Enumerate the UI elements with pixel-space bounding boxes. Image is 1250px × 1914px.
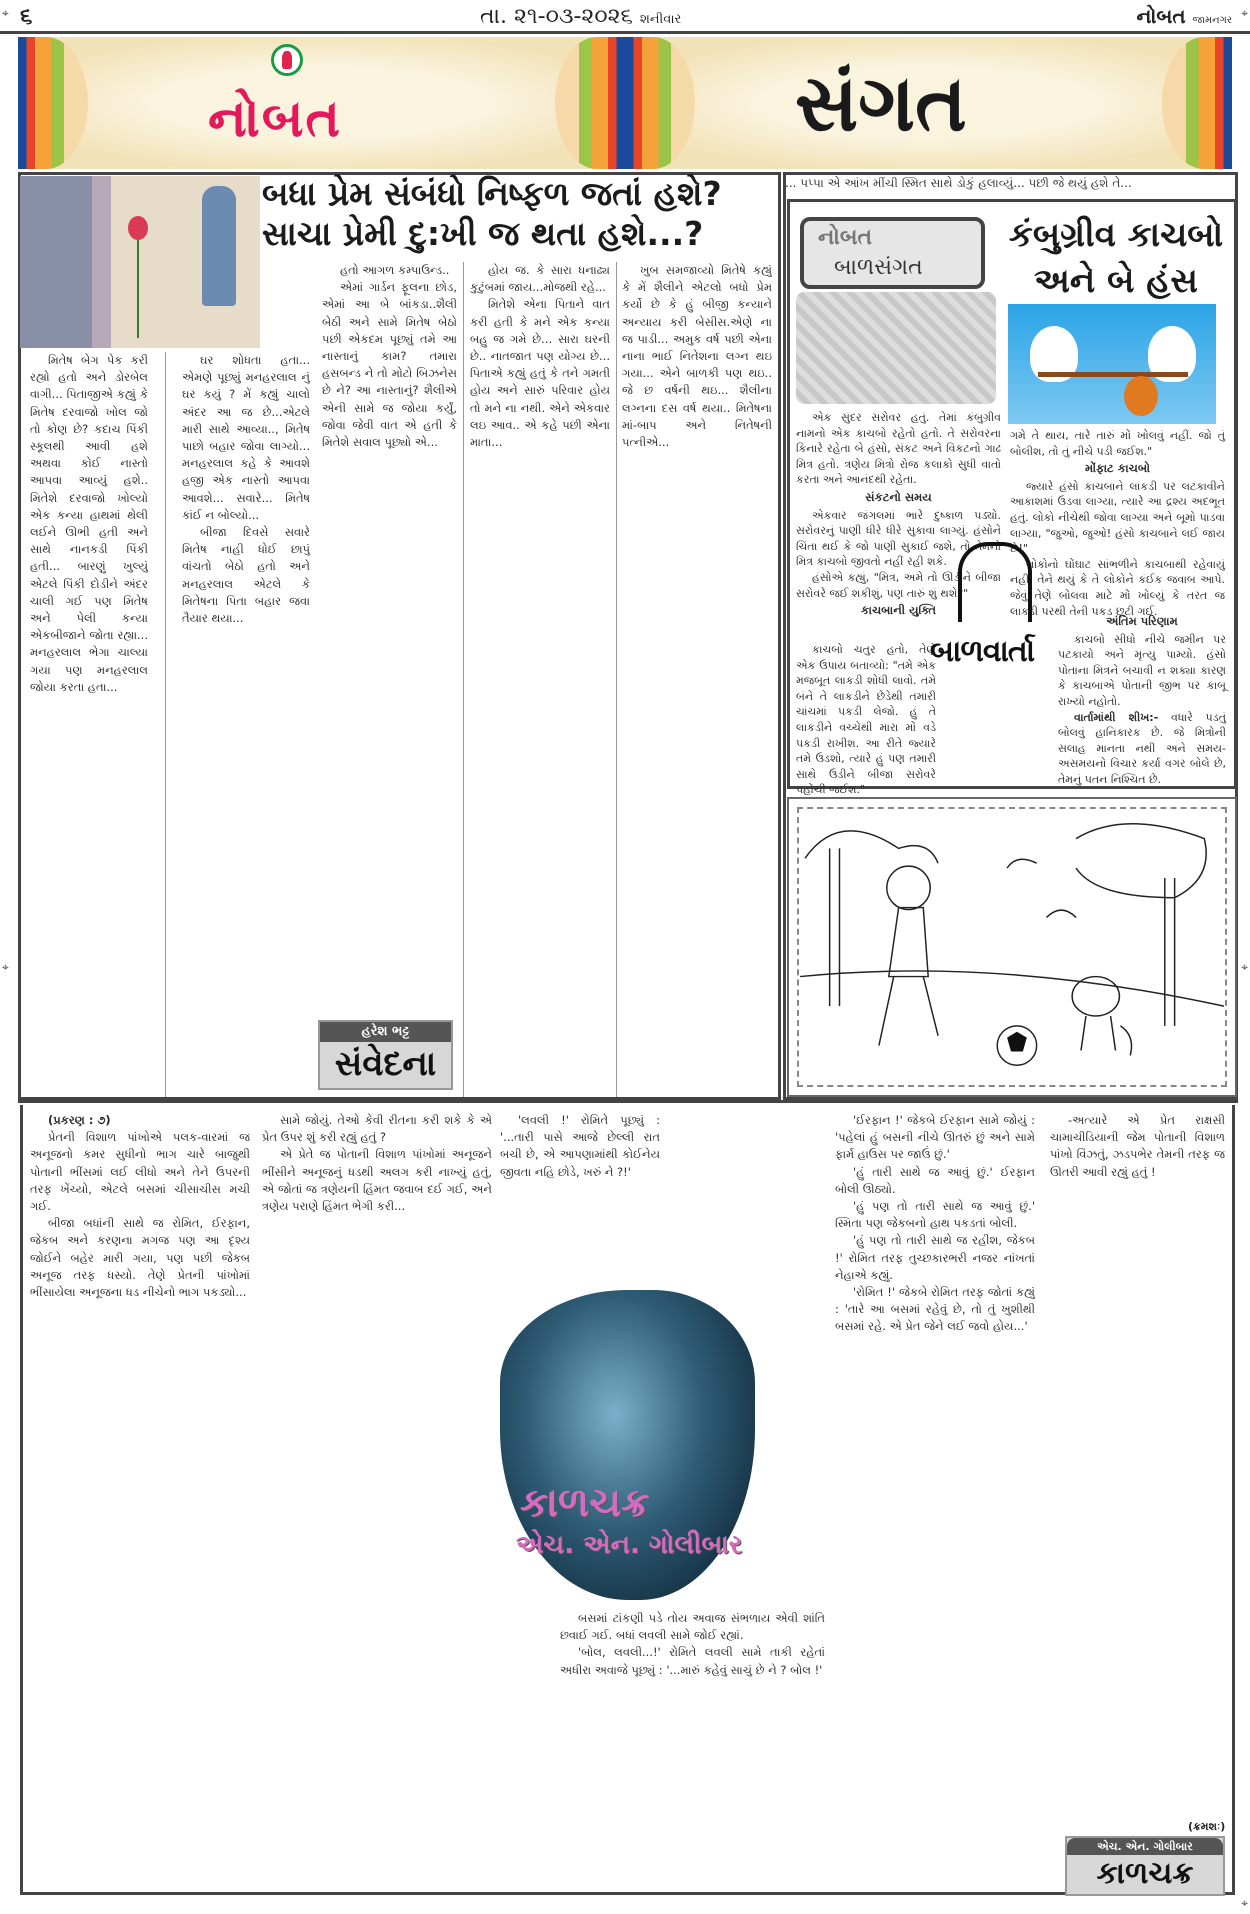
- serial-column-5: -અત્યારે એ પ્રેત રાક્ષસી ચામાચીડિયાની જે…: [1050, 1112, 1225, 1812]
- decorative-swirl: [555, 37, 625, 169]
- balvarta-logo: બાળવાર્તા: [940, 522, 1050, 687]
- article-column-1: મિતેષ બેગ પેક કરી રહ્યો હતો અને ડોરબેલ વ…: [30, 352, 148, 1097]
- paragraph: 'લવલી !' રોમિતે પૂછ્યું : '...તારી પાસે …: [500, 1112, 660, 1181]
- paragraph: 'બોલ, લવલી...!' રોમિતે લવલી સામે તાકી રહ…: [560, 1644, 825, 1678]
- coloring-frame: [797, 807, 1227, 1087]
- story-ending: અંતિમ પરિણામ કાચબો સીધો નીચે જમીન પર પટક…: [1058, 612, 1226, 788]
- serial-byline: એચ. એન. ગોલીબાર કાળચક્ર: [1065, 1836, 1225, 1896]
- article-column-4: હોય જ. કે સારા ધનાઢ્ય કુટુંબમાં જાય...મો…: [470, 262, 610, 1097]
- paragraph: 'હું પણ તો તારી સાથે જ રહીશ, જેકબ !' રોમ…: [835, 1232, 1035, 1284]
- chapter-label: (પ્રકરણ : ૭): [30, 1112, 250, 1129]
- decorative-swirl: [1162, 37, 1232, 169]
- story-title-line-1: કંબુગ્રીવ કાચબો: [1000, 212, 1232, 258]
- masthead-name: નોબત: [1136, 4, 1185, 28]
- section-heading: સંકટનો સમય: [796, 490, 1001, 506]
- page-number: ૬: [20, 4, 32, 29]
- section-divider: [18, 1100, 1238, 1103]
- column-name: સંવેદના: [320, 1044, 451, 1084]
- paragraph: હોય જ. કે સારા ધનાઢ્ય કુટુંબમાં જાય...મો…: [470, 262, 610, 296]
- paragraph: એ પ્રેતે જ પોતાની વિશાળ પાંખોમાં અનૂજને …: [262, 1146, 492, 1215]
- sign-subtitle: બાળસંગત: [834, 255, 923, 280]
- boy-ball-dog-drawing: [799, 809, 1225, 1085]
- moral-label: વાર્તામાંથી શીખ:-: [1074, 711, 1158, 724]
- paragraph: પ્રેતની વિશાળ પાંખોએ પલક-વારમાં જ અનૂજનો…: [30, 1129, 250, 1215]
- author-byline: હરેશ ભટ્ટ સંવેદના: [318, 1020, 453, 1090]
- rose-icon: [128, 216, 148, 240]
- page-header: ૬ તા. ૨૧-૦૩-૨૦૨૬ શનીવાર નોબત જામનગર: [0, 0, 1250, 34]
- paragraph: સામે જોયું. તેઓ કેવી રીતના કરી શકે કે એ …: [262, 1112, 492, 1146]
- stick: [1038, 372, 1188, 377]
- decorative-swirl: [18, 37, 88, 169]
- masthead-edition: જામનગર: [1193, 15, 1232, 26]
- paragraph: 'રોમિત !' જેકબે રોમિત તરફ જોતાં કહ્યું :…: [835, 1284, 1035, 1336]
- paragraph: 'હું તારી સાથે જ આવું છું.' ઈરફાન બોલી ઊ…: [835, 1164, 1035, 1198]
- section-heading: મોંફાટ કાચબો: [1010, 461, 1225, 477]
- balsangat-sign: નોબત બાળસંગત: [800, 217, 985, 289]
- paragraph: કાચબો સીધો નીચે જમીન પર પટકાયો અને મૃત્ય…: [1058, 632, 1226, 710]
- decorative-swirl: [625, 37, 695, 169]
- cover-title: કાળચક્ર: [520, 1480, 649, 1526]
- serial-column-3: બસમાં ટાંકણી પડે તોય અવાજ સંભળાય એવી શાં…: [560, 1610, 825, 1890]
- paragraph: મિતેષ બેગ પેક કરી રહ્યો હતો અને ડોરબેલ વ…: [30, 352, 148, 696]
- turtle-icon: [1124, 376, 1158, 416]
- paragraph: ગમે તે થાય, તારે તારું મોં ખોલવું નહીં. …: [1010, 428, 1225, 459]
- registration-mark-icon: ⌖: [1241, 6, 1248, 21]
- paragraph: ખુબ સમજાવ્યો મિતેષે કહ્યું કે મેં શૈલીને…: [622, 262, 772, 451]
- paragraph: હતો આગળ કમ્પાઉન્ડ..: [322, 262, 457, 279]
- paragraph: એમાં ગાર્ડન ફૂલના છોડ, એમાં આ બે બાંકડા.…: [322, 279, 457, 451]
- person-figure: [202, 186, 236, 306]
- serial-column-2: સામે જોયું. તેઓ કેવી રીતના કરી શકે કે એ …: [262, 1112, 492, 1892]
- registration-mark-icon: ⌖: [2, 960, 9, 975]
- paragraph: -અત્યારે એ પ્રેત રાક્ષસી ચામાચીડિયાની જે…: [1050, 1112, 1225, 1181]
- banner-right-panel: સંગત: [625, 37, 1232, 169]
- weekday: શનીવાર: [640, 12, 681, 27]
- coloring-page-illustration: [787, 797, 1237, 1097]
- rose-stem: [137, 238, 139, 338]
- serial-column-4: 'ઈરફાન !' જેકબે ઈરફાન સામે જોયું : 'પહેલ…: [835, 1112, 1035, 1892]
- paragraph: ઘર શોધતા હતા... એમણે પૂછ્યું મનહરલાલ નું…: [182, 352, 310, 524]
- article-image: [20, 176, 260, 348]
- paragraph: 'હું પણ તો તારી સાથે જ આવું છું.' સ્મિતા…: [835, 1198, 1035, 1232]
- to-be-continued: (ક્રમશઃ): [1188, 1820, 1225, 1834]
- cover-author: એચ. એન. ગોલીબાર: [516, 1530, 742, 1561]
- article-column-2: ઘર શોધતા હતા... એમણે પૂછ્યું મનહરલાલ નું…: [182, 352, 310, 1097]
- sign-brand: નોબત: [818, 225, 872, 250]
- paragraph: બીજા દિવસે સવારે મિતેષ નાહી ધોઈ છાપું વા…: [182, 524, 310, 627]
- banner-left-panel: નોબત: [18, 37, 625, 169]
- kids-illustration: [796, 292, 996, 404]
- registration-mark-icon: ⌖: [1241, 1896, 1248, 1911]
- story-title: કંબુગ્રીવ કાચબો અને બે હંસ: [1000, 212, 1232, 304]
- paragraph: 'ઈરફાન !' જેકબે ઈરફાન સામે જોયું : 'પહેલ…: [835, 1112, 1035, 1164]
- nobat-emblem-icon: [271, 44, 303, 76]
- story-box: નોબત બાળસંગત કંબુગ્રીવ કાચબો અને બે હંસ …: [787, 199, 1237, 789]
- swans-turtle-illustration: [1008, 304, 1216, 424]
- paragraph: એક સુંદર સરોવર હતું. તેમાં કંબુગ્રીવ નામ…: [796, 410, 1001, 488]
- column-divider: [165, 352, 166, 1097]
- date-value: તા. ૨૧-૦૩-૨૦૨૬: [480, 4, 633, 29]
- section-banner: નોબત સંગત: [18, 37, 1232, 169]
- headline-line-1: બધા પ્રેમ સંબંધો નિષ્ફળ જતાં હશે?: [262, 174, 782, 214]
- article-column-3: હતો આગળ કમ્પાઉન્ડ.. એમાં ગાર્ડન ફૂલના છો…: [322, 262, 457, 1014]
- castle-icon: [958, 542, 1032, 622]
- paragraph: બીજા બધાંની સાથે જ રોમિત, ઈરફાન, જેકબ અન…: [30, 1215, 250, 1301]
- author-name: એચ. એન. ગોલીબાર: [1067, 1838, 1223, 1855]
- section-title: સંગત: [795, 59, 967, 150]
- article-headline: બધા પ્રેમ સંબંધો નિષ્ફળ જતાં હશે? સાચા પ…: [262, 174, 782, 254]
- headline-line-2: સાચા પ્રેમી દુ:ખી જ થતા હશે...?: [262, 214, 782, 254]
- serial-column-3-top: 'લવલી !' રોમિતે પૂછ્યું : '...તારી પાસે …: [500, 1112, 660, 1292]
- story-title-line-2: અને બે હંસ: [1000, 258, 1232, 304]
- column-divider: [616, 262, 617, 1097]
- column-divider: [463, 262, 464, 1097]
- author-name: હરેશ ભટ્ટ: [320, 1022, 451, 1042]
- paragraph: મિતેશે એના પિતાને વાત કરી હતી કે મને એક …: [470, 296, 610, 451]
- paragraph: કાચબો ચતુર હતો, તેણે એક ઉપાય બતાવ્યો: "ત…: [796, 642, 936, 798]
- issue-date: તા. ૨૧-૦૩-૨૦૨૬ શનીવાર: [480, 4, 681, 29]
- registration-mark-icon: ⌖: [2, 6, 9, 21]
- balvarta-wordmark: બાળવાર્તા: [930, 634, 1034, 669]
- masthead-logo: નોબત જામનગર: [1136, 4, 1232, 28]
- column-name: કાળચક્ર: [1067, 1856, 1223, 1891]
- registration-mark-icon: ⌖: [1241, 960, 1248, 975]
- nobat-logo: નોબત: [208, 89, 342, 150]
- serial-column-1: (પ્રકરણ : ૭) પ્રેતની વિશાળ પાંખોએ પલક-વા…: [30, 1112, 250, 1892]
- paragraph: બસમાં ટાંકણી પડે તોય અવાજ સંભળાય એવી શાં…: [560, 1610, 825, 1644]
- article-column-5: ખુબ સમજાવ્યો મિતેષે કહ્યું કે મેં શૈલીને…: [622, 262, 772, 1097]
- section-heading: અંતિમ પરિણામ: [1058, 614, 1226, 630]
